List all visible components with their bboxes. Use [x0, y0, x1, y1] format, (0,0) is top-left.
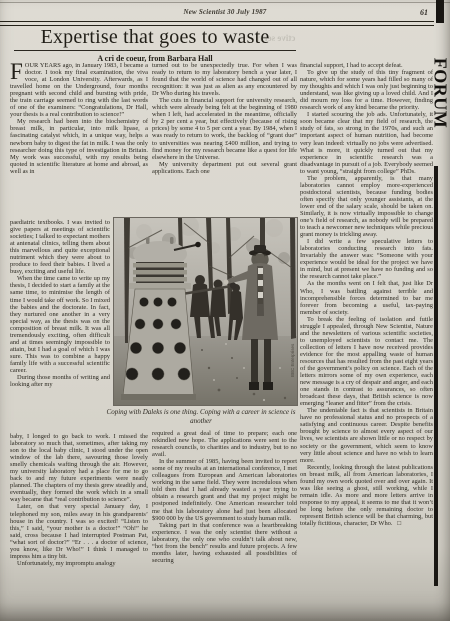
paragraph: In the summer of 1985, having been invit…: [152, 458, 297, 521]
corner-bar: [436, 0, 444, 23]
paragraph: required a great deal of time to prepare…: [152, 430, 297, 458]
column1-top: FOUR YEARS ago, in January 1983, I becam…: [10, 62, 148, 218]
paragraph: I did write a few speculative letters to…: [300, 238, 433, 280]
paragraph: financial support, I had to accept defea…: [300, 62, 433, 69]
magazine-page: { "header": { "journal": "New Scientist …: [0, 0, 450, 621]
paragraph: When the time came to write up my thesis…: [10, 275, 110, 374]
column1-narrow: paediatric textbooks. I was invited to g…: [10, 219, 110, 432]
paragraph: My university department put out several…: [152, 161, 297, 175]
paragraph: To break the feeling of isolation and fu…: [300, 316, 433, 408]
article-photo: BBC Enterprises: [114, 218, 297, 405]
column3: financial support, I had to accept defea…: [300, 62, 433, 592]
photo-caption: Coping with Daleks is one thing. Coping …: [95, 408, 307, 425]
paragraph: paediatric textbooks. I was invited to g…: [10, 219, 110, 275]
page-number: 61: [420, 8, 428, 17]
column2-bottom: required a great deal of time to prepare…: [152, 430, 297, 591]
paragraph: The undeniable fact is that scientists i…: [300, 407, 433, 463]
paragraph: FOUR YEARS ago, in January 1983, I becam…: [10, 62, 148, 118]
paragraph: During those months of writing and looki…: [10, 374, 110, 388]
paragraph: My research had been into the biochemist…: [10, 118, 148, 174]
dalek-doctor-who-photo: BBC Enterprises: [114, 218, 297, 405]
paragraph: The problem, apparently, is that many la…: [300, 175, 433, 238]
paragraph: Taking part in that conference was a hea…: [152, 522, 297, 564]
title-rule: [14, 50, 296, 51]
paragraph: baby, I longed to go back to work. I mis…: [10, 433, 148, 503]
paragraph: As the months went on I felt that, just …: [300, 280, 433, 315]
article-title: Expertise that goes to waste: [14, 26, 296, 48]
top-rule: [0, 2, 450, 3]
journal-header: New Scientist 30 July 1987: [0, 8, 450, 16]
photo-credit: BBC Enterprises: [290, 343, 295, 377]
paragraph: To give up the study of this tiny fragme…: [300, 69, 433, 111]
article-header: Expertise that goes to waste A cri de co…: [14, 26, 296, 63]
column1-bottom: baby, I longed to go back to work. I mis…: [10, 433, 148, 591]
paragraph: Recently, looking through the latest pub…: [300, 464, 433, 527]
sidebar-rule: [434, 166, 438, 586]
paragraph: Later, on that very special January day,…: [10, 503, 148, 559]
paragraph: I started scouring the job ads. Unfortun…: [300, 111, 433, 174]
paragraph: Unfortunately, my impromptu analogy: [10, 560, 148, 567]
column2-top: turned out to be unexpectedly true. For …: [152, 62, 297, 217]
paragraph: The cuts in financial support for univer…: [152, 97, 297, 160]
paragraph: turned out to be unexpectedly true. For …: [152, 62, 297, 97]
